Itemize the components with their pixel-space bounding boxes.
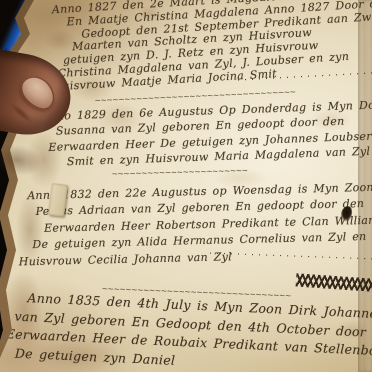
thumb-shadow — [0, 140, 59, 191]
entry-1827: Anno 1827 den 2e Maart is Magdalena van … — [38, 0, 372, 95]
entry-1829: Anno 1829 den 6e Augustus Op Donderdag i… — [29, 96, 372, 170]
entry-1835: Anno 1835 den 4th July is Myn Zoon Dirk … — [1, 288, 372, 372]
photo-of-manuscript-page: Anno 1827 den 2e Maart is Magdalena van … — [0, 0, 372, 372]
wavy-separator: ~~~~~~~~~~~~~~~~~~~~~~~ — [112, 166, 248, 180]
